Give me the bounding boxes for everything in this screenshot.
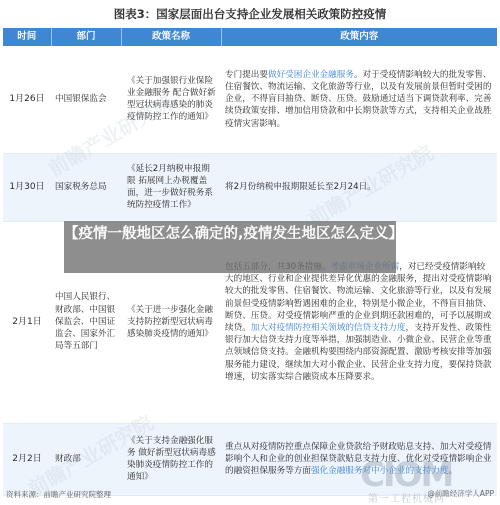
cell-policy-content: 专门提出要做好受困企业金融服务。对于受疫情影响较大的批发零售、住宿餐饮、物流运输… bbox=[221, 46, 497, 153]
brand-watermark: @前瞻经济学人APP bbox=[427, 488, 494, 499]
header-date: 时间 bbox=[3, 28, 51, 46]
source-note: 资料来源：前瞻产业研究院整理 bbox=[6, 489, 111, 500]
table-row: 1月30日 国家税务总局 《延长2月纳税申报期限 拓展网上办税覆盖面，进一步做好… bbox=[3, 153, 497, 221]
cell-date: 2月1日 bbox=[3, 221, 51, 423]
content-text: 专门提出要 bbox=[225, 70, 268, 80]
table-row: 1月26日 中国银保监会 《关于加强银行业保险业金融服务 配合做好新型冠状病毒感… bbox=[3, 46, 497, 153]
cell-policy-content: 将2月份纳税申报期限延长至2月24日。 bbox=[221, 153, 497, 221]
cell-policy-name: 《延长2月纳税申报期限 拓展网上办税覆盖面，进一步做好税务系统防控疫情工作》 bbox=[121, 153, 221, 221]
cell-policy-name: 《关于支持金融强化服务 做好新型冠状病毒感染肺炎疫情防控工作的通知》 bbox=[121, 423, 221, 495]
header-policy-name: 政策名称 bbox=[121, 28, 221, 46]
header-dept: 部门 bbox=[51, 28, 121, 46]
chart-title: 图表3：国家层面出台支持企业发展相关政策防控疫情 bbox=[0, 6, 500, 22]
headline-overlay[interactable]: 【疫情一般地区怎么确定的,疫情发生地区怎么定义】 bbox=[64, 223, 396, 245]
cell-dept: 国家税务总局 bbox=[51, 153, 121, 221]
cell-dept: 财政部 bbox=[51, 423, 121, 495]
header-policy-content: 政策内容 bbox=[221, 28, 497, 46]
content-highlight: 做好受困企业金融服务 bbox=[268, 70, 354, 80]
cell-date: 1月26日 bbox=[3, 46, 51, 153]
cell-date: 1月30日 bbox=[3, 153, 51, 221]
cell-dept: 中国银保监会 bbox=[51, 46, 121, 153]
table-header-row: 时间 部门 政策名称 政策内容 bbox=[3, 28, 497, 46]
cell-date: 2月2日 bbox=[3, 423, 51, 495]
cell-policy-name: 《关于加强银行业保险业金融服务 配合做好新型冠状病毒感染的肺炎疫情防控工作的通知… bbox=[121, 46, 221, 153]
content-highlight: 加大对疫情防控相关领域的信贷支持力度 bbox=[251, 323, 406, 333]
